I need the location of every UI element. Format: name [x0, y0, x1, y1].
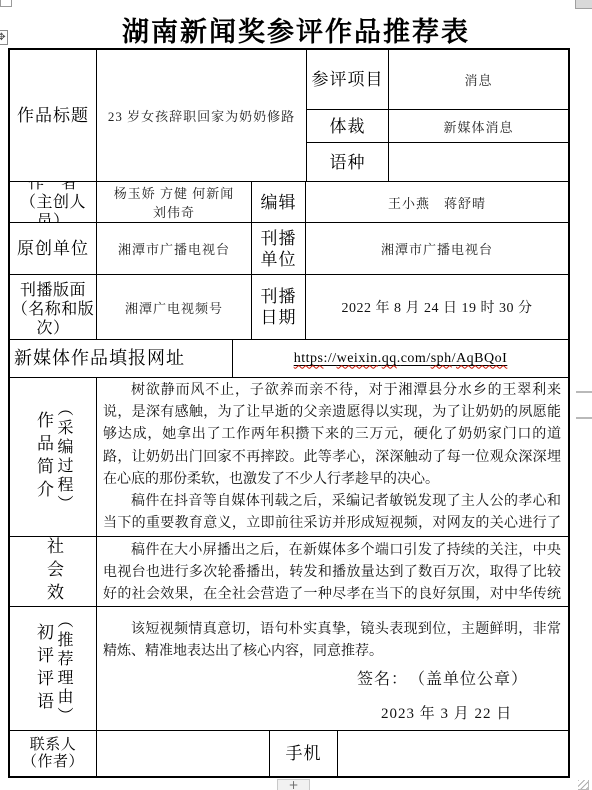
author-label-line1: 作 者	[28, 182, 78, 193]
authors-line1: 杨玉娇 方健 何新闻	[114, 183, 235, 202]
publish-page-label: 刊播版面 （名称和版 次）	[10, 275, 97, 340]
genre-value: 新媒体消息	[389, 110, 568, 143]
contact-label-line1: 联系人	[30, 737, 77, 754]
add-row-button[interactable]: +	[277, 779, 310, 790]
entry-category-label: 参评项目	[307, 50, 389, 110]
author-label-line2: （主创人员）	[10, 193, 96, 224]
entry-category-value: 消息	[389, 50, 568, 110]
phone-label: 手机	[270, 731, 338, 776]
publish-date-label-line1: 刊播	[261, 286, 297, 307]
editor-value: 王小燕 蒋舒晴	[306, 182, 568, 223]
submission-url-link[interactable]: https://weixin.qq.com/sph/AqBQoI	[294, 351, 508, 367]
editor-label: 编辑	[252, 182, 306, 223]
signature-line: 签名： （盖单位公章）	[103, 669, 561, 691]
contact-label-line2: （作者）	[22, 754, 84, 771]
signature-date: 2023 年 3 月 22 日	[103, 703, 561, 725]
social-effect-text-cell: 稿件在大小屏播出之后，在新媒体多个端口引发了持续的关注，中央电视台也进行多次轮番…	[97, 537, 568, 607]
publish-unit-label-line1: 刊播	[261, 228, 297, 249]
publish-page-value: 湘潭广电视频号	[97, 275, 252, 340]
ruler-fragment	[575, 0, 592, 9]
intro-label-sub: （采编过程）	[54, 400, 73, 514]
intro-paragraph-1: 树欲静而风不止，子欲养而亲不待，对于湘潭县分水乡的王翠利来说，是深有感触，为了让…	[103, 380, 561, 491]
publish-date-label: 刊播 日期	[252, 275, 306, 340]
language-label: 语种	[307, 143, 389, 182]
publish-date-value: 2022 年 8 月 24 日 19 时 30 分	[306, 275, 568, 340]
publish-page-label-line1: 刊播版面	[20, 281, 86, 300]
intro-label-main: 作品简介	[33, 411, 53, 503]
phone-value	[338, 731, 568, 776]
table-resize-handle-icon[interactable]	[578, 780, 589, 790]
recommendation-table: 作品标题 23 岁女孩辞职回家为奶奶修路 参评项目 消息 体裁 新媒体消息 语种…	[8, 48, 570, 778]
url-label: 新媒体作品填报网址	[10, 340, 233, 378]
document-page: ✥ + 湖南新闻奖参评作品推荐表 作品标题 23 岁女孩辞职回家为奶奶修路 参评…	[0, 0, 592, 790]
author-label: 作 者 （主创人员）	[10, 182, 97, 223]
genre-label: 体裁	[307, 110, 389, 143]
initial-evaluation-cell: 该短视频情真意切，语句朴实真挚，镜头表现到位，主题鲜明，非常精炼、精准地表达出了…	[97, 607, 568, 731]
social-effect-label-text: 社会效	[43, 537, 63, 606]
publish-unit-value: 湘潭市广播电视台	[306, 223, 568, 275]
language-value	[389, 143, 568, 182]
authors-line2: 刘伟奇	[153, 202, 195, 221]
table-anchor-fragment	[0, 0, 12, 7]
social-effect-paragraph: 稿件在大小屏播出之后，在新媒体多个端口引发了持续的关注，中央电视台也进行多次轮番…	[103, 540, 561, 607]
authors-value: 杨玉娇 方健 何新闻 刘伟奇	[97, 182, 252, 223]
intro-paragraph-2: 稿件在抖音等自媒体刊载之后，采编记者敏锐发现了主人公的孝心和当下的重要教育意义，…	[103, 491, 561, 537]
right-margin-mark	[576, 391, 592, 393]
publish-page-label-line3: 次）	[36, 319, 69, 338]
right-margin-mark	[576, 417, 592, 419]
intro-label: 作品简介 （采编过程）	[10, 378, 97, 537]
social-effect-label: 社会效	[10, 537, 97, 607]
contact-value	[97, 731, 270, 776]
page-title: 湖南新闻奖参评作品推荐表	[0, 10, 592, 49]
original-unit-value: 湘潭市广播电视台	[97, 223, 252, 275]
contact-label: 联系人 （作者）	[10, 731, 97, 776]
original-unit-label: 原创单位	[10, 223, 97, 275]
initial-evaluation-label-main: 初评评语	[33, 623, 53, 715]
initial-evaluation-label-sub: （推荐理由）	[54, 612, 73, 726]
initial-evaluation-paragraph: 该短视频情真意切，语句朴实真挚，镜头表现到位，主题鲜明，非常精炼、精准地表达出了…	[103, 619, 561, 663]
publish-unit-label-line2: 单位	[261, 249, 297, 270]
initial-evaluation-label: 初评评语 （推荐理由）	[10, 607, 97, 731]
work-title-label: 作品标题	[10, 50, 97, 182]
url-cell: https://weixin.qq.com/sph/AqBQoI	[233, 340, 568, 378]
publish-unit-label: 刊播 单位	[252, 223, 306, 275]
intro-text-cell: 树欲静而风不止，子欲养而亲不待，对于湘潭县分水乡的王翠利来说，是深有感触，为了让…	[97, 378, 568, 537]
publish-date-label-line2: 日期	[261, 307, 297, 328]
work-title-value: 23 岁女孩辞职回家为奶奶修路	[97, 50, 307, 182]
publish-page-label-line2: （名称和版	[12, 300, 95, 319]
